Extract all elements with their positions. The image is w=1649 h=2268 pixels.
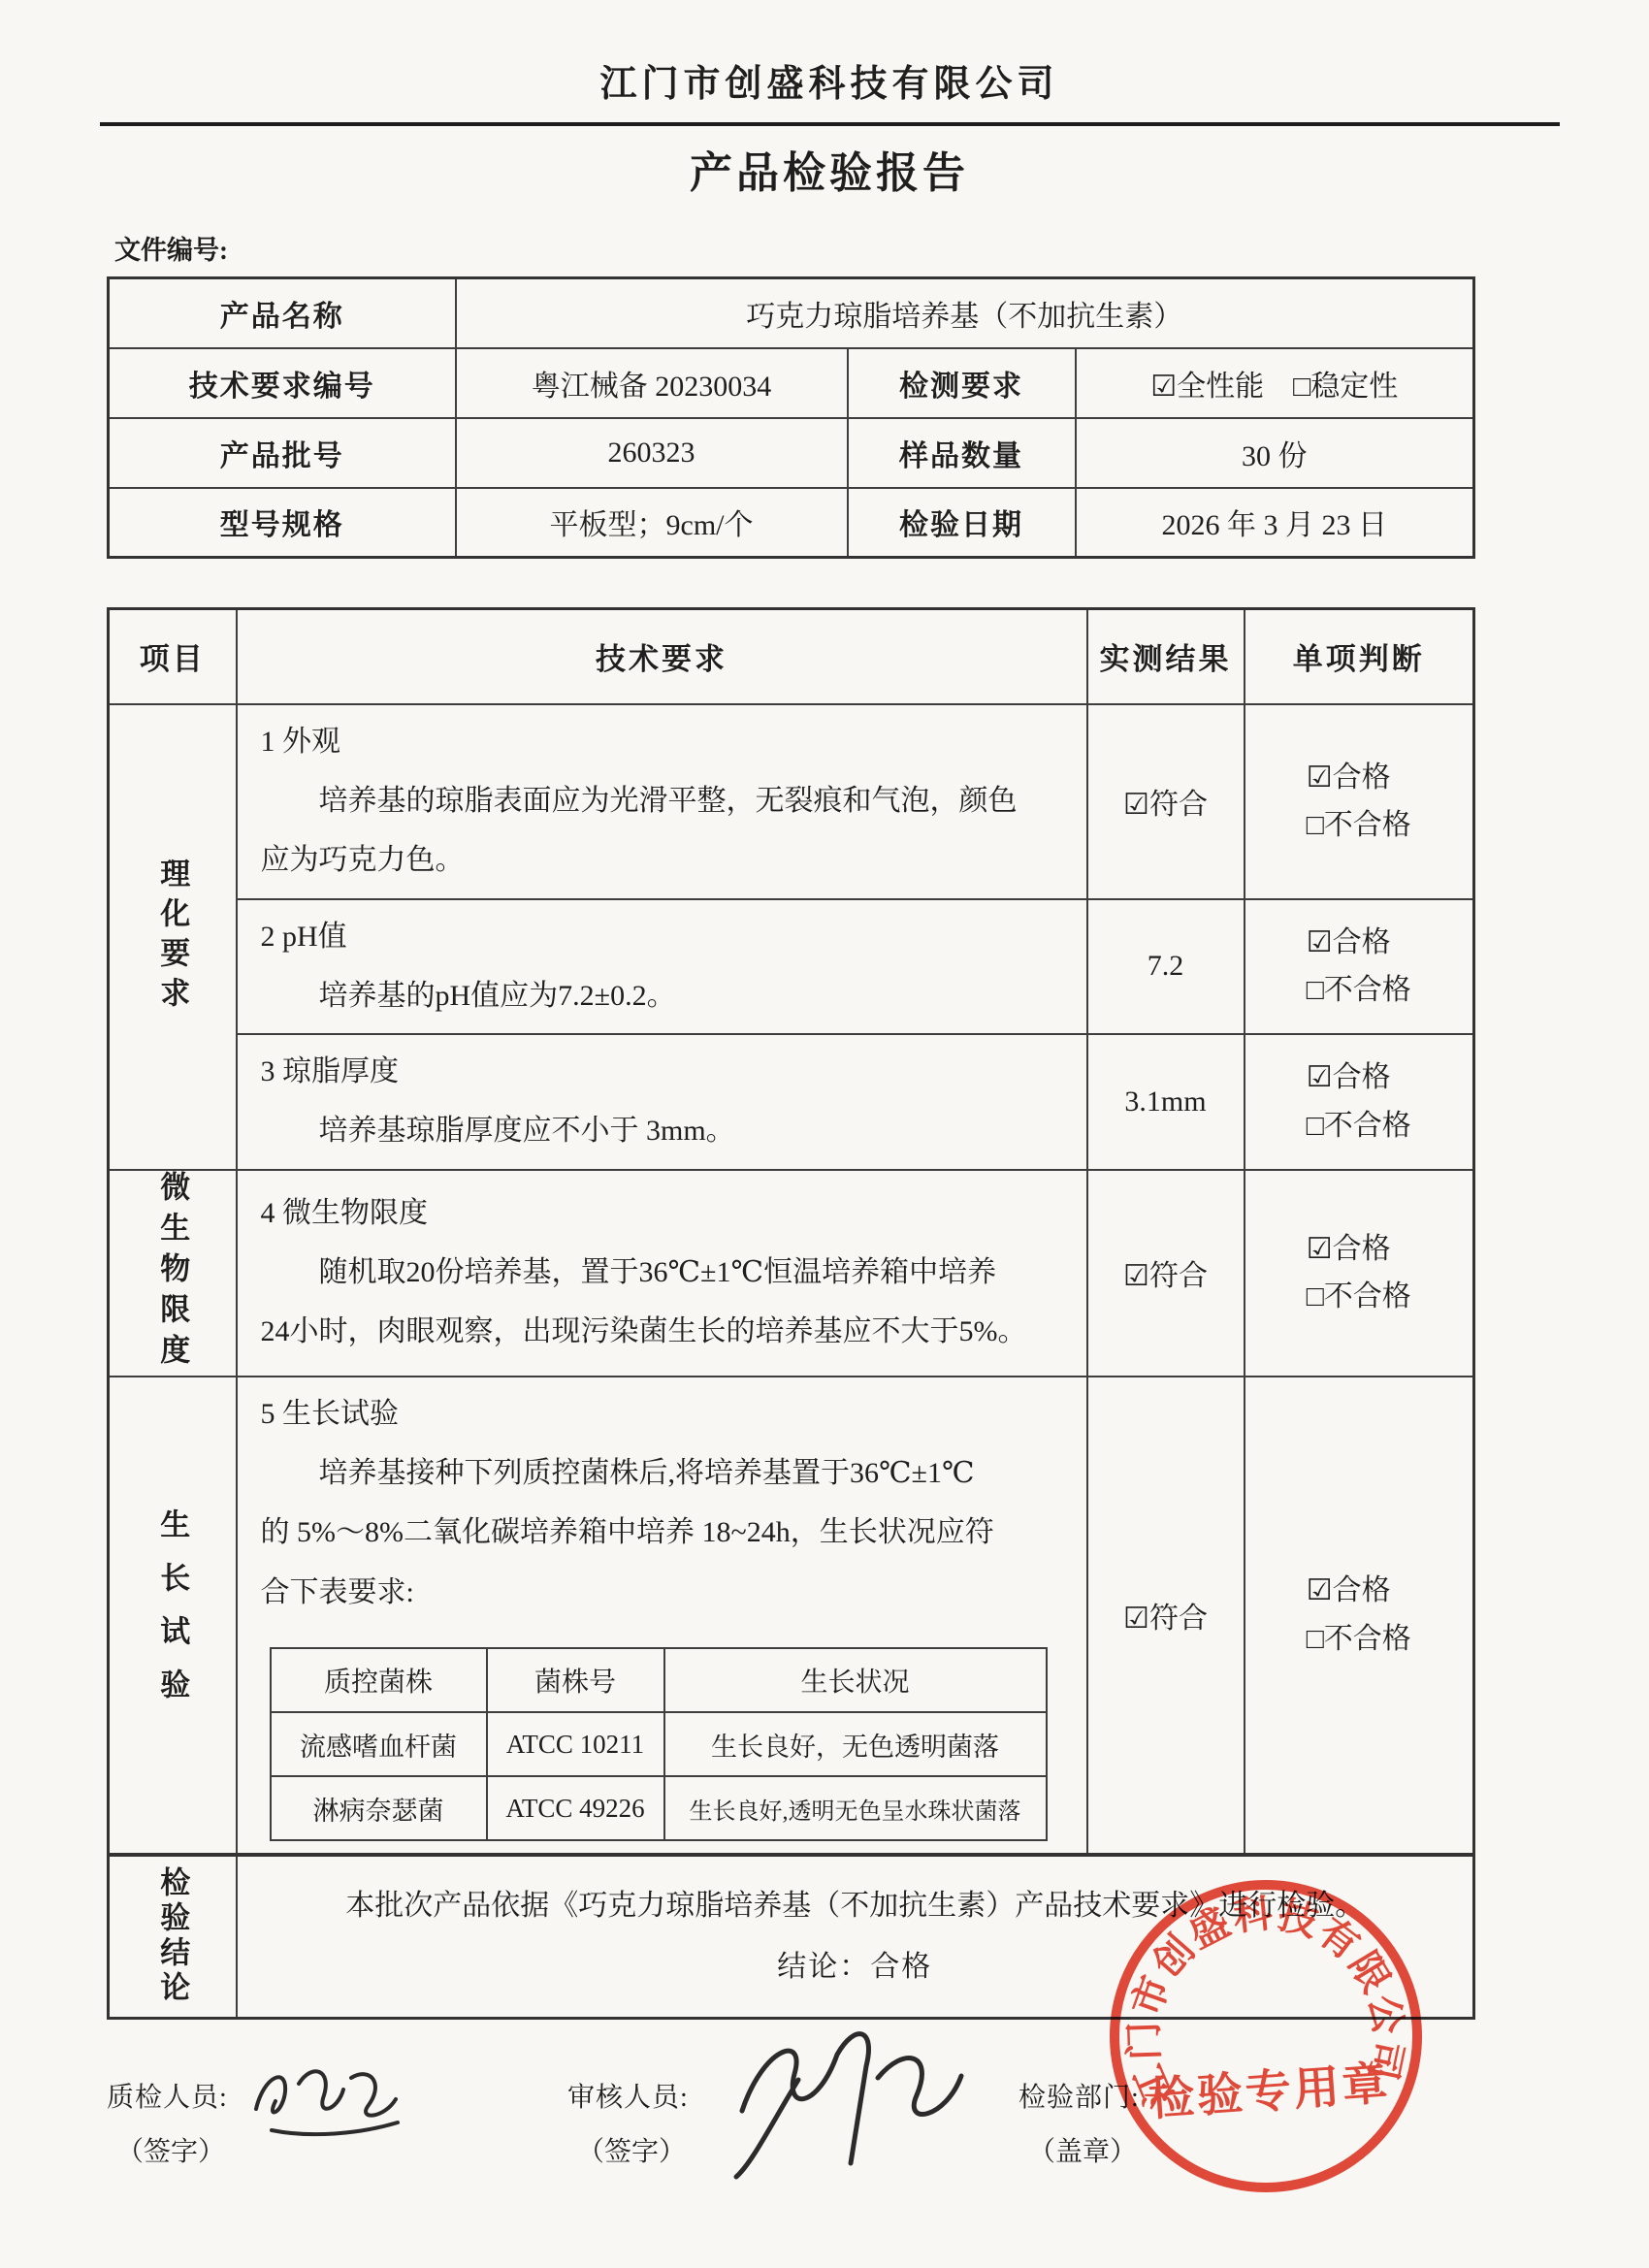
col-result: 实测结果 xyxy=(1087,609,1245,704)
ph-judgement: ☑合格□不合格 xyxy=(1245,899,1474,1035)
col-strain: 质控菌株 xyxy=(271,1648,487,1712)
info-table: 产品名称 巧克力琼脂培养基（不加抗生素） 技术要求编号 粤江械备 2023003… xyxy=(107,276,1475,559)
ph-title: 2 pH值 xyxy=(261,908,1063,966)
ph-requirement: 2 pH值 培养基的pH值应为7.2±0.2。 xyxy=(237,899,1087,1035)
pass-checkbox: ☑合格 xyxy=(1307,1233,1391,1265)
header-divider xyxy=(100,122,1560,126)
results-header-row: 项目 技术要求 实测结果 单项判断 xyxy=(109,609,1474,704)
microbial-body: 随机取20份培养基，置于36℃±1℃恒温培养箱中培养 24小时，肉眼观察，出现污… xyxy=(261,1243,1063,1362)
strain-number: ATCC 10211 xyxy=(487,1712,664,1776)
company-name: 江门市创盛科技有限公司 xyxy=(102,0,1557,107)
section-physicochemical: 理化要求 xyxy=(109,704,237,1170)
growth-result: ☑符合 xyxy=(1087,1377,1245,1856)
col-strain-no: 菌株号 xyxy=(487,1648,664,1712)
tech-req-value: 粤江械备 20230034 xyxy=(456,348,848,418)
fail-checkbox: □不合格 xyxy=(1307,1110,1411,1142)
col-judgement: 单项判断 xyxy=(1245,609,1474,704)
col-requirement: 技术要求 xyxy=(237,609,1087,704)
file-number-label: 文件编号: xyxy=(114,229,1649,267)
growth-strain-table: 质控菌株 菌株号 生长状况 流感嗜血杆菌 ATCC 10211 生长良好，无色透… xyxy=(270,1647,1048,1841)
fail-checkbox: □不合格 xyxy=(1307,974,1411,1006)
results-table: 项目 技术要求 实测结果 单项判断 理化要求 1 外观 培养基的琼脂表面应为光滑… xyxy=(107,607,1475,2020)
inspector-signature xyxy=(242,2049,427,2155)
section-conclusion: 检验结论 xyxy=(109,1855,237,2018)
pass-checkbox: ☑合格 xyxy=(1307,1061,1391,1093)
growth-body: 培养基接种下列质控菌株后,将培养基置于36℃±1℃ 的 5%～8%二氧化碳培养箱… xyxy=(261,1443,1063,1623)
pass-checkbox: ☑合格 xyxy=(1307,1574,1391,1606)
section-microbial: 微生物限度 xyxy=(109,1170,237,1377)
row-growth-test: 生长试验 5 生长试验 培养基接种下列质控菌株后,将培养基置于36℃±1℃ 的 … xyxy=(109,1377,1474,1856)
strain-row: 流感嗜血杆菌 ATCC 10211 生长良好，无色透明菌落 xyxy=(271,1712,1047,1776)
microbial-requirement: 4 微生物限度 随机取20份培养基，置于36℃±1℃恒温培养箱中培养 24小时，… xyxy=(237,1170,1087,1377)
appearance-requirement: 1 外观 培养基的琼脂表面应为光滑平整，无裂痕和气泡，颜色 应为巧克力色。 xyxy=(237,704,1087,899)
reviewer-column: 审核人员: （签字） xyxy=(567,2076,1018,2169)
info-row-product: 产品名称 巧克力琼脂培养基（不加抗生素） xyxy=(109,278,1474,348)
strain-growth: 生长良好，无色透明菌落 xyxy=(664,1712,1047,1776)
appearance-body: 培养基的琼脂表面应为光滑平整，无裂痕和气泡，颜色 应为巧克力色。 xyxy=(261,771,1063,891)
col-item: 项目 xyxy=(109,609,237,704)
fail-checkbox: □不合格 xyxy=(1307,1280,1411,1312)
fail-checkbox: □不合格 xyxy=(1307,809,1411,841)
thickness-result: 3.1mm xyxy=(1087,1034,1245,1170)
microbial-judgement: ☑合格□不合格 xyxy=(1245,1170,1474,1377)
thickness-title: 3 琼脂厚度 xyxy=(261,1043,1063,1101)
growth-title: 5 生长试验 xyxy=(261,1385,1063,1443)
test-req-checkboxes: ☑全性能 □稳定性 xyxy=(1076,348,1474,418)
strain-name: 淋病奈瑟菌 xyxy=(271,1776,487,1840)
qty-label: 样品数量 xyxy=(848,418,1076,488)
appearance-title: 1 外观 xyxy=(261,713,1063,771)
batch-label: 产品批号 xyxy=(109,418,456,488)
company-seal: 江门市创盛科技有限公司 检验专用章 xyxy=(1091,1862,1441,2212)
qty-value: 30 份 xyxy=(1076,418,1474,488)
date-value: 2026 年 3 月 23 日 xyxy=(1076,488,1474,558)
batch-value: 260323 xyxy=(456,418,848,488)
inspector-column: 质检人员: （签字） xyxy=(107,2076,567,2169)
strain-name: 流感嗜血杆菌 xyxy=(271,1712,487,1776)
model-label: 型号规格 xyxy=(109,488,456,558)
page-title: 产品检验报告 xyxy=(102,138,1557,200)
info-row-batch: 产品批号 260323 样品数量 30 份 xyxy=(109,418,1474,488)
ph-body: 培养基的pH值应为7.2±0.2。 xyxy=(261,966,1063,1026)
fail-checkbox: □不合格 xyxy=(1307,1623,1411,1655)
info-row-techreq: 技术要求编号 粤江械备 20230034 检测要求 ☑全性能 □稳定性 xyxy=(109,348,1474,418)
growth-judgement: ☑合格□不合格 xyxy=(1245,1377,1474,1856)
appearance-result: ☑符合 xyxy=(1087,704,1245,899)
seal-center-text: 检验专用章 xyxy=(1147,2057,1392,2125)
pass-checkbox: ☑合格 xyxy=(1307,761,1391,794)
col-growth-status: 生长状况 xyxy=(664,1648,1047,1712)
strain-row: 淋病奈瑟菌 ATCC 49226 生长良好,透明无色呈水珠状菌落 xyxy=(271,1776,1047,1840)
growth-requirement: 5 生长试验 培养基接种下列质控菌株后,将培养基置于36℃±1℃ 的 5%～8%… xyxy=(237,1377,1087,1856)
tech-req-label: 技术要求编号 xyxy=(109,348,456,418)
microbial-result: ☑符合 xyxy=(1087,1170,1245,1377)
strain-table-header: 质控菌株 菌株号 生长状况 xyxy=(271,1648,1047,1712)
reviewer-signature xyxy=(713,2018,985,2183)
thickness-body: 培养基琼脂厚度应不小于 3mm。 xyxy=(261,1101,1063,1161)
strain-number: ATCC 49226 xyxy=(487,1776,664,1840)
row-microbial-limit: 微生物限度 4 微生物限度 随机取20份培养基，置于36℃±1℃恒温培养箱中培养… xyxy=(109,1170,1474,1377)
model-value: 平板型；9cm/个 xyxy=(456,488,848,558)
product-name-label: 产品名称 xyxy=(109,278,456,348)
info-row-model: 型号规格 平板型；9cm/个 检验日期 2026 年 3 月 23 日 xyxy=(109,488,1474,558)
ph-result: 7.2 xyxy=(1087,899,1245,1035)
test-req-label: 检测要求 xyxy=(848,348,1076,418)
report-sheet: 江门市创盛科技有限公司 产品检验报告 文件编号: 产品名称 巧克力琼脂培养基（不… xyxy=(0,0,1649,2268)
appearance-judgement: ☑合格□不合格 xyxy=(1245,704,1474,899)
row-ph: 2 pH值 培养基的pH值应为7.2±0.2。 7.2 ☑合格□不合格 xyxy=(109,899,1474,1035)
row-appearance: 理化要求 1 外观 培养基的琼脂表面应为光滑平整，无裂痕和气泡，颜色 应为巧克力… xyxy=(109,704,1474,899)
thickness-judgement: ☑合格□不合格 xyxy=(1245,1034,1474,1170)
section-growth: 生长试验 xyxy=(109,1377,237,1856)
product-name-value: 巧克力琼脂培养基（不加抗生素） xyxy=(456,278,1474,348)
strain-growth: 生长良好,透明无色呈水珠状菌落 xyxy=(664,1776,1047,1840)
microbial-title: 4 微生物限度 xyxy=(261,1184,1063,1243)
date-label: 检验日期 xyxy=(848,488,1076,558)
pass-checkbox: ☑合格 xyxy=(1307,926,1391,958)
row-agar-thickness: 3 琼脂厚度 培养基琼脂厚度应不小于 3mm。 3.1mm ☑合格□不合格 xyxy=(109,1034,1474,1170)
thickness-requirement: 3 琼脂厚度 培养基琼脂厚度应不小于 3mm。 xyxy=(237,1034,1087,1170)
